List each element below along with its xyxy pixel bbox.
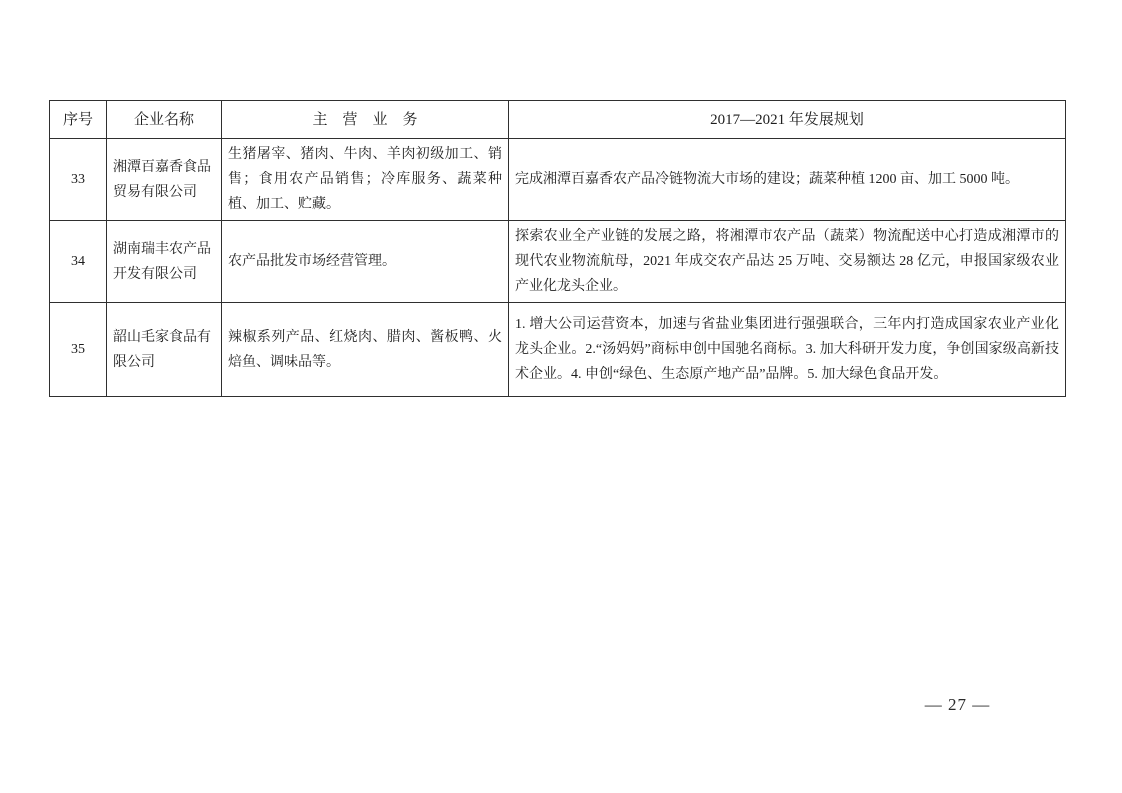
cell-development-plan: 1. 增大公司运营资本，加速与省盐业集团进行强强联合，三年内打造成国家农业产业化…	[509, 303, 1066, 397]
page-number: — 27 —	[880, 695, 1035, 715]
table-row: 34 湖南瑞丰农产品开发有限公司 农产品批发市场经营管理。 探索农业全产业链的发…	[50, 221, 1066, 303]
cell-serial-number: 34	[50, 221, 107, 303]
header-development-plan: 2017—2021 年发展规划	[509, 101, 1066, 139]
cell-serial-number: 35	[50, 303, 107, 397]
table-row: 35 韶山毛家食品有限公司 辣椒系列产品、红烧肉、腊肉、酱板鸭、火焙鱼、调味品等…	[50, 303, 1066, 397]
table-row: 33 湘潭百嘉香食品贸易有限公司 生猪屠宰、猪肉、牛肉、羊肉初级加工、销售；食用…	[50, 139, 1066, 221]
cell-main-business: 生猪屠宰、猪肉、牛肉、羊肉初级加工、销售；食用农产品销售；冷库服务、蔬菜种植、加…	[222, 139, 509, 221]
header-company-name: 企业名称	[107, 101, 222, 139]
document-page: 序号 企业名称 主 营 业 务 2017—2021 年发展规划 33 湘潭百嘉香…	[0, 0, 1122, 793]
header-serial-number: 序号	[50, 101, 107, 139]
table-header-row: 序号 企业名称 主 营 业 务 2017—2021 年发展规划	[50, 101, 1066, 139]
cell-company-name: 湖南瑞丰农产品开发有限公司	[107, 221, 222, 303]
cell-development-plan: 探索农业全产业链的发展之路，将湘潭市农产品（蔬菜）物流配送中心打造成湘潭市的现代…	[509, 221, 1066, 303]
cell-development-plan: 完成湘潭百嘉香农产品冷链物流大市场的建设；蔬菜种植 1200 亩、加工 5000…	[509, 139, 1066, 221]
enterprise-plan-table: 序号 企业名称 主 营 业 务 2017—2021 年发展规划 33 湘潭百嘉香…	[49, 100, 1066, 397]
cell-company-name: 湘潭百嘉香食品贸易有限公司	[107, 139, 222, 221]
header-main-business: 主 营 业 务	[222, 101, 509, 139]
cell-main-business: 辣椒系列产品、红烧肉、腊肉、酱板鸭、火焙鱼、调味品等。	[222, 303, 509, 397]
cell-company-name: 韶山毛家食品有限公司	[107, 303, 222, 397]
cell-main-business: 农产品批发市场经营管理。	[222, 221, 509, 303]
cell-serial-number: 33	[50, 139, 107, 221]
